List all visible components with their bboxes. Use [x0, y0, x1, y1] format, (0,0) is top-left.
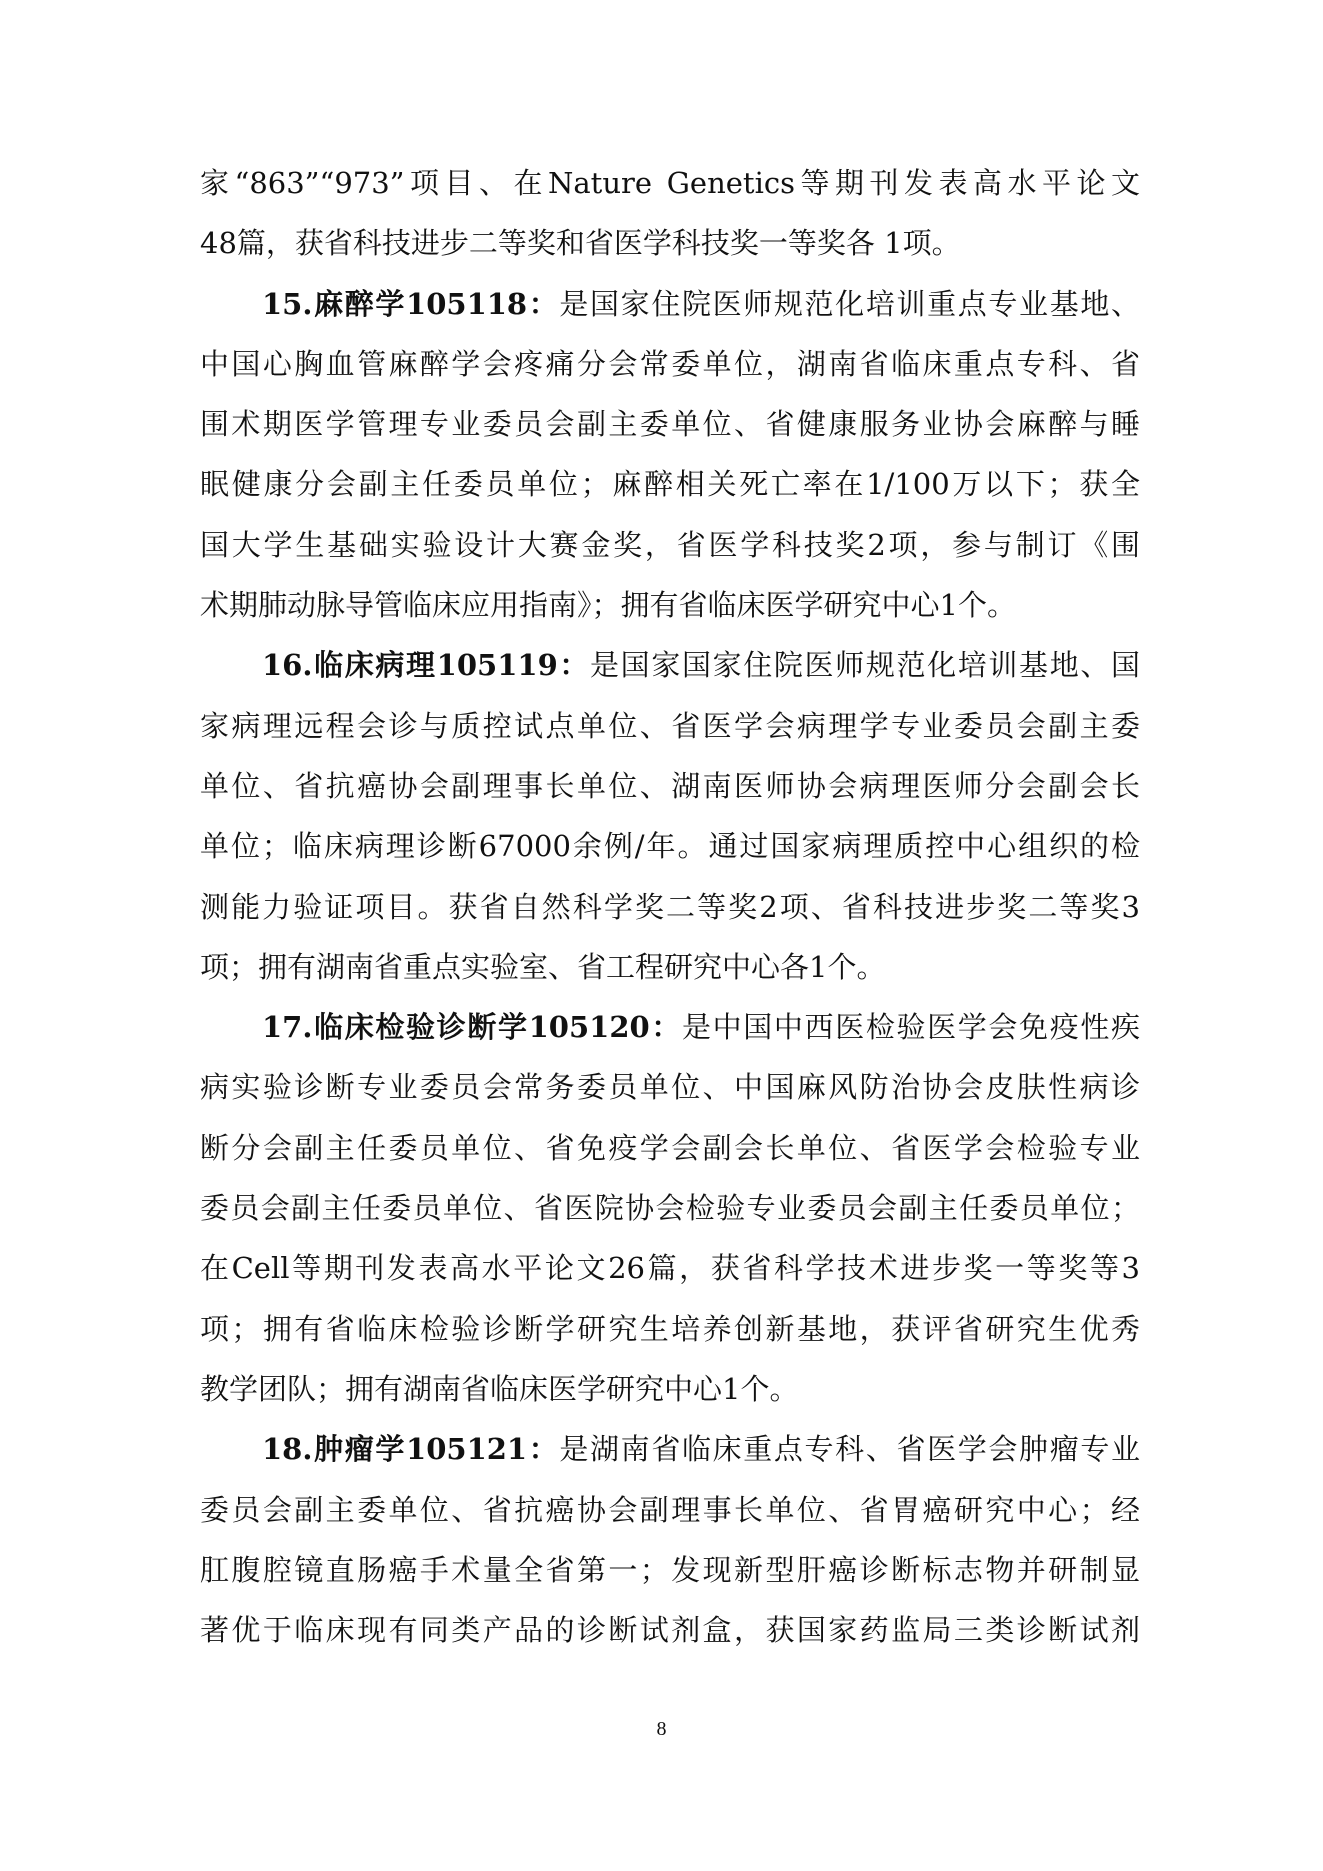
page-number: 8 [0, 1718, 1323, 1741]
text-line: 家“863”“973”项目、在Nature Genetics等期刊发表高水平论文 [200, 158, 1140, 218]
document-body: 家“863”“973”项目、在Nature Genetics等期刊发表高水平论文… [200, 158, 1140, 1665]
text-line: 围术期医学管理专业委员会副主委单位、省健康服务业协会麻醉与睡 [200, 399, 1140, 459]
text-line: 国大学生基础实验设计大赛金奖，省医学科技奖2项，参与制订《围 [200, 520, 1140, 580]
document-page: 家“863”“973”项目、在Nature Genetics等期刊发表高水平论文… [0, 0, 1323, 1871]
text-line: 术期肺动脉导管临床应用指南》；拥有省临床医学研究中心1个。 [200, 580, 1140, 640]
paragraph-17-first-line: 17.临床检验诊断学105120：是中国中西医检验医学会免疫性疾 [200, 1002, 1140, 1062]
text-line: 著优于临床现有同类产品的诊断试剂盒，获国家药监局三类诊断试剂 [200, 1605, 1140, 1665]
text-line: 委员会副主委单位、省抗癌协会副理事长单位、省胃癌研究中心；经 [200, 1485, 1140, 1545]
paragraph-18-first-line: 18.肿瘤学105121：是湖南省临床重点专科、省医学会肿瘤专业 [200, 1424, 1140, 1484]
text-line: 单位、省抗癌协会副理事长单位、湖南医师协会病理医师分会副会长 [200, 761, 1140, 821]
text-line: 单位；临床病理诊断67000余例/年。通过国家病理质控中心组织的检 [200, 821, 1140, 881]
paragraph-17-heading: 17.临床检验诊断学105120： [262, 1010, 682, 1044]
paragraph-16-heading: 16.临床病理105119： [262, 648, 590, 682]
text-line: 委员会副主任委员单位、省医院协会检验专业委员会副主任委员单位； [200, 1183, 1140, 1243]
text-span: 是中国中西医检验医学会免疫性疾 [682, 1010, 1140, 1044]
text-line: 项；拥有省临床检验诊断学研究生培养创新基地，获评省研究生优秀 [200, 1304, 1140, 1364]
paragraph-15-heading: 15.麻醉学105118： [262, 287, 559, 321]
text-line: 病实验诊断专业委员会常务委员单位、中国麻风防治协会皮肤性病诊 [200, 1062, 1140, 1122]
paragraph-16-first-line: 16.临床病理105119：是国家国家住院医师规范化培训基地、国 [200, 640, 1140, 700]
text-line: 教学团队；拥有湖南省临床医学研究中心1个。 [200, 1364, 1140, 1424]
paragraph-18-heading: 18.肿瘤学105121： [262, 1432, 559, 1466]
text-line: 家病理远程会诊与质控试点单位、省医学会病理学专业委员会副主委 [200, 701, 1140, 761]
text-span: 是湖南省临床重点专科、省医学会肿瘤专业 [559, 1432, 1140, 1466]
text-span: 是国家住院医师规范化培训重点专业基地、 [559, 287, 1140, 321]
paragraph-15-first-line: 15.麻醉学105118：是国家住院医师规范化培训重点专业基地、 [200, 279, 1140, 339]
text-line: 眠健康分会副主任委员单位；麻醉相关死亡率在1/100万以下；获全 [200, 459, 1140, 519]
text-line: 中国心胸血管麻醉学会疼痛分会常委单位，湖南省临床重点专科、省 [200, 339, 1140, 399]
text-line: 在Cell等期刊发表高水平论文26篇，获省科学技术进步奖一等奖等3 [200, 1243, 1140, 1303]
text-line: 断分会副主任委员单位、省免疫学会副会长单位、省医学会检验专业 [200, 1123, 1140, 1183]
text-line: 48篇，获省科技进步二等奖和省医学科技奖一等奖各 1项。 [200, 218, 1140, 278]
text-line: 测能力验证项目。获省自然科学奖二等奖2项、省科技进步奖二等奖3 [200, 882, 1140, 942]
text-line: 肛腹腔镜直肠癌手术量全省第一；发现新型肝癌诊断标志物并研制显 [200, 1545, 1140, 1605]
text-line: 项；拥有湖南省重点实验室、省工程研究中心各1个。 [200, 942, 1140, 1002]
text-span: 是国家国家住院医师规范化培训基地、国 [590, 648, 1140, 682]
